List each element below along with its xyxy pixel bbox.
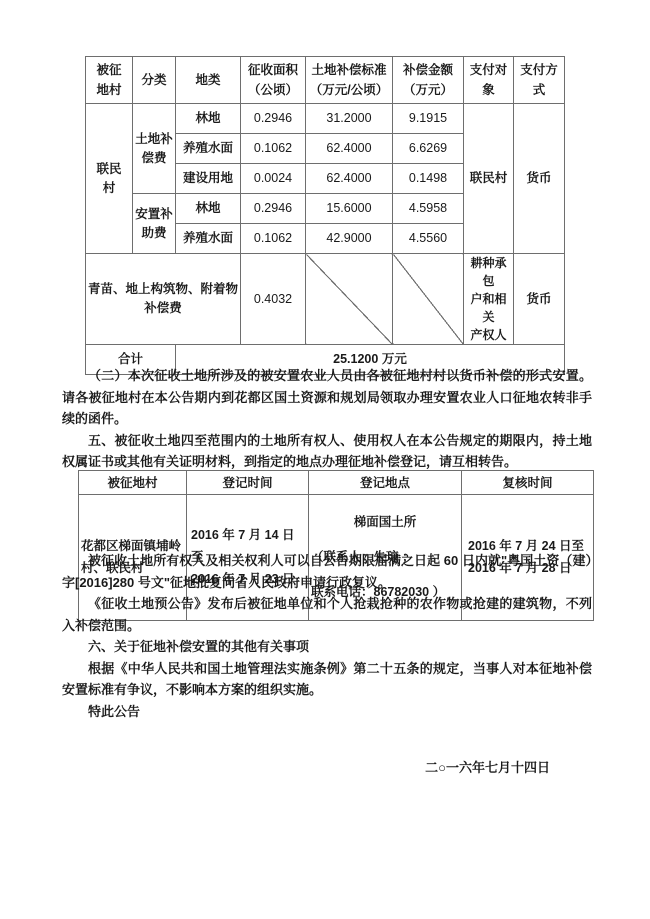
crops-area-cell: 0.4032 [241,254,306,345]
header-payee: 支付对 象 [464,57,514,104]
land-type-cell: 建设用地 [176,164,241,194]
amount-cell: 9.1915 [393,104,464,134]
payee-village-cell: 联民村 [464,104,514,254]
header-pay-method: 支付方 式 [514,57,565,104]
land-type-cell: 林地 [176,104,241,134]
standard-cell: 62.4000 [306,164,393,194]
land-type-cell: 林地 [176,194,241,224]
crops-compensation-row: 青苗、地上构筑物、附着物 补偿费 0.4032 耕种承包 户和相关 产权人 货币 [86,254,565,345]
area-cell: 0.2946 [241,194,306,224]
standard-cell: 15.6000 [306,194,393,224]
header-review-time: 复核时间 [462,471,594,495]
header-area: 征收面积 （公顷） [241,57,306,104]
area-cell: 0.2946 [241,104,306,134]
text-block-lower: 被征收土地所有权人及相关权利人可以自公告期限届满之日起 60 日内就"粤国土资（… [62,550,592,722]
registration-table-header-row: 被征地村 登记时间 登记地点 复核时间 [79,471,594,495]
header-amount: 补偿金额 （万元） [393,57,464,104]
paragraph-closing: 特此公告 [62,701,592,723]
crops-pay-method-cell: 货币 [514,254,565,345]
paragraph-item5: 五、被征收土地四至范围内的土地所有权人、使用权人在本公告规定的期限内，持土地权属… [62,430,592,473]
village-cell: 联民 村 [86,104,133,254]
amount-cell: 4.5560 [393,224,464,254]
land-type-cell: 养殖水面 [176,224,241,254]
category-resettlement-cell: 安置补 助费 [133,194,176,254]
header-land-type: 地类 [176,57,241,104]
header-expropriated-village: 被征 地村 [86,57,133,104]
amount-cell: 0.1498 [393,164,464,194]
paragraph-legal-basis: 根据《中华人民共和国土地管理法实施条例》第二十五条的规定，当事人对本征地补偿安置… [62,658,592,701]
diagonal-slash-cell [393,254,464,345]
area-cell: 0.1062 [241,224,306,254]
compensation-table: 被征 地村 分类 地类 征收面积 （公顷） 土地补偿标准 （万元/公顷） 补偿金… [85,56,565,375]
category-land-compensation-cell: 土地补 偿费 [133,104,176,194]
issue-date: 二○一六年七月十四日 [425,757,550,776]
header-standard: 土地补偿标准 （万元/公顷） [306,57,393,104]
header-registration-time: 登记时间 [187,471,309,495]
text-block-upper: （二）本次征收土地所涉及的被安置农业人员由各被征地村村以货币补偿的形式安置。请各… [62,365,592,473]
pay-method-cell: 货币 [514,104,565,254]
header-category: 分类 [133,57,176,104]
area-cell: 0.0024 [241,164,306,194]
paragraph-preannouncement: 《征收土地预公告》发布后被征地单位和个人抢栽抢种的农作物或抢建的建筑物，不列入补… [62,593,592,636]
compensation-table-header-row: 被征 地村 分类 地类 征收面积 （公顷） 土地补偿标准 （万元/公顷） 补偿金… [86,57,565,104]
table-row: 联民 村 土地补 偿费 林地 0.2946 31.2000 9.1915 联民村… [86,104,565,134]
standard-cell: 42.9000 [306,224,393,254]
area-cell: 0.1062 [241,134,306,164]
crops-label-cell: 青苗、地上构筑物、附着物 补偿费 [86,254,241,345]
header-expropriated-village: 被征地村 [79,471,187,495]
standard-cell: 62.4000 [306,134,393,164]
paragraph-item6-heading: 六、关于征地补偿安置的其他有关事项 [62,636,592,658]
land-type-cell: 养殖水面 [176,134,241,164]
diagonal-slash-cell [306,254,393,345]
amount-cell: 4.5958 [393,194,464,224]
header-registration-place: 登记地点 [309,471,462,495]
amount-cell: 6.6269 [393,134,464,164]
registration-place-name: 梯面国土所 [311,514,459,532]
crops-payee-cell: 耕种承包 户和相关 产权人 [464,254,514,345]
paragraph-resettlement: （二）本次征收土地所涉及的被安置农业人员由各被征地村村以货币补偿的形式安置。请各… [62,365,592,430]
standard-cell: 31.2000 [306,104,393,134]
paragraph-administrative-review: 被征收土地所有权人及相关权利人可以自公告期限届满之日起 60 日内就"粤国土资（… [62,550,592,593]
announcement-page: 被征 地村 分类 地类 征收面积 （公顷） 土地补偿标准 （万元/公顷） 补偿金… [0,0,650,919]
